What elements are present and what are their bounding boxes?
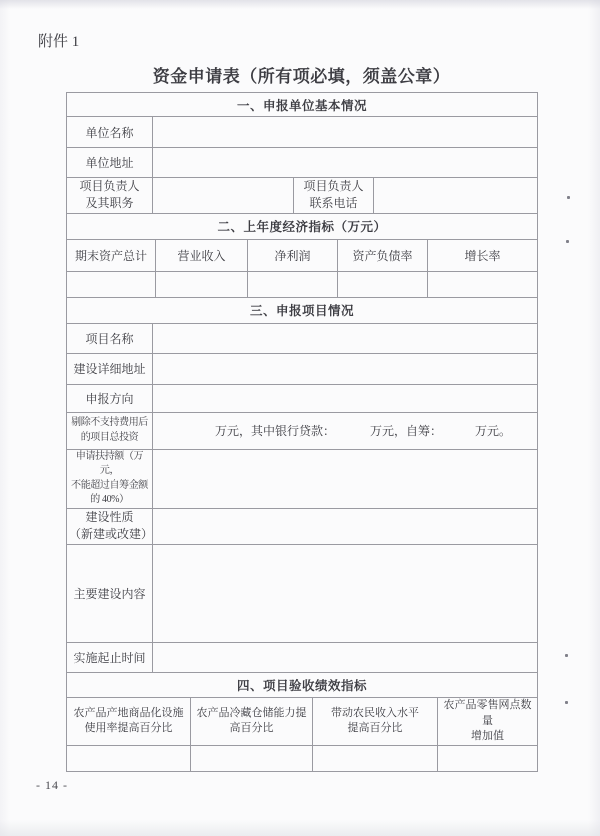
- investment-bank-loan-text: 万元，其中银行贷款：: [215, 422, 335, 439]
- implementation-time-label: 实施起止时间: [67, 642, 153, 672]
- support-amount-label: 申请扶持额（万元， 不能超过自筹金额 的 40%）: [67, 449, 153, 508]
- page-title: 资金申请表（所有项必填，须盖公章）: [66, 62, 537, 87]
- scanned-page: 附件 1 资金申请表（所有项必填，须盖公章） 一、申报单位基本情况 单位名称 单…: [0, 0, 600, 836]
- scan-speck: [566, 240, 569, 243]
- table-row: 剔除不支持费用后 的项目总投资 万元，其中银行贷款： 万元，自筹： 万元。: [67, 412, 538, 449]
- scan-speck: [567, 196, 570, 199]
- leader-label: 项目负责人 及其职务: [67, 178, 153, 214]
- page-number: - 14 -: [36, 778, 68, 793]
- table-row: 申报方向: [67, 384, 538, 412]
- table-row: 单位地址: [67, 148, 538, 178]
- total-assets-field: [67, 271, 156, 297]
- section-basic-info: 一、申报单位基本情况 单位名称 单位地址 项目负责人 及其职务 项目负责人 联系…: [66, 92, 538, 214]
- declaration-direction-field: [153, 384, 538, 412]
- table-row: 单位名称: [67, 117, 538, 148]
- main-content-label: 主要建设内容: [67, 544, 153, 642]
- growth-rate-field: [428, 271, 538, 297]
- project-name-label: 项目名称: [67, 323, 153, 353]
- col-farmer-income: 带动农民收入水平 提高百分比: [313, 697, 438, 746]
- investment-self-raised-text: 万元，自筹：: [370, 422, 442, 439]
- table-row: 农产品产地商品化设施 使用率提高百分比 农产品冷藏仓储能力提 高百分比 带动农民…: [67, 697, 538, 746]
- leader-phone-field: [374, 178, 538, 214]
- leader-phone-label: 项目负责人 联系电话: [294, 178, 374, 214]
- farmer-income-field: [313, 746, 438, 772]
- table-row: [67, 746, 538, 772]
- cold-storage-field: [191, 746, 313, 772]
- table-row: 实施起止时间: [67, 642, 538, 672]
- table-row: 期末资产总计 营业收入 净利润 资产负债率 增长率: [67, 239, 538, 271]
- unit-address-label: 单位地址: [67, 148, 153, 178]
- attachment-label: 附件 1: [38, 30, 79, 51]
- construction-nature-field: [153, 508, 538, 544]
- debt-ratio-field: [338, 271, 428, 297]
- table-row: 申请扶持额（万元， 不能超过自筹金额 的 40%）: [67, 449, 538, 508]
- table-row: 主要建设内容: [67, 544, 538, 642]
- col-total-assets: 期末资产总计: [67, 239, 156, 271]
- col-commercialization-facility: 农产品产地商品化设施 使用率提高百分比: [67, 697, 191, 746]
- section1-header: 一、申报单位基本情况: [67, 93, 538, 117]
- total-investment-label: 剔除不支持费用后 的项目总投资: [67, 412, 153, 449]
- table-row: 项目负责人 及其职务 项目负责人 联系电话: [67, 178, 538, 214]
- retail-outlets-field: [438, 746, 538, 772]
- table-row: [67, 271, 538, 297]
- support-amount-field: [153, 449, 538, 508]
- scan-speck: [565, 701, 568, 704]
- col-net-profit: 净利润: [248, 239, 338, 271]
- main-content-field: [153, 544, 538, 642]
- implementation-time-field: [153, 642, 538, 672]
- construction-nature-label: 建设性质 （新建或改建）: [67, 508, 153, 544]
- section-economic-indicators: 二、上年度经济指标（万元） 期末资产总计 营业收入 净利润 资产负债率 增长率: [66, 213, 538, 298]
- revenue-field: [156, 271, 248, 297]
- declaration-direction-label: 申报方向: [67, 384, 153, 412]
- unit-name-field: [153, 117, 538, 148]
- col-retail-outlets: 农产品零售网点数量 增加值: [438, 697, 538, 746]
- table-row: 项目名称: [67, 323, 538, 353]
- col-revenue: 营业收入: [156, 239, 248, 271]
- net-profit-field: [248, 271, 338, 297]
- col-cold-storage: 农产品冷藏仓储能力提 高百分比: [191, 697, 313, 746]
- section4-header: 四、项目验收绩效指标: [67, 672, 538, 697]
- construction-address-field: [153, 353, 538, 384]
- unit-name-label: 单位名称: [67, 117, 153, 148]
- commercialization-facility-field: [67, 746, 191, 772]
- investment-unit-text: 万元。: [475, 422, 511, 439]
- project-name-field: [153, 323, 538, 353]
- construction-address-label: 建设详细地址: [67, 353, 153, 384]
- leader-field: [153, 178, 294, 214]
- section-project-info: 三、申报项目情况 项目名称 建设详细地址 申报方向 剔除不支持费用后 的项目总投…: [66, 297, 538, 673]
- section3-header: 三、申报项目情况: [67, 297, 538, 323]
- section-performance-indicators: 四、项目验收绩效指标 农产品产地商品化设施 使用率提高百分比 农产品冷藏仓储能力…: [66, 672, 538, 773]
- table-row: 建设性质 （新建或改建）: [67, 508, 538, 544]
- section2-header: 二、上年度经济指标（万元）: [67, 213, 538, 239]
- unit-address-field: [153, 148, 538, 178]
- col-growth-rate: 增长率: [428, 239, 538, 271]
- application-form-table: 一、申报单位基本情况 单位名称 单位地址 项目负责人 及其职务 项目负责人 联系…: [66, 92, 537, 772]
- scan-speck: [565, 654, 568, 657]
- total-investment-field: 万元，其中银行贷款： 万元，自筹： 万元。: [153, 412, 538, 449]
- col-debt-ratio: 资产负债率: [338, 239, 428, 271]
- table-row: 建设详细地址: [67, 353, 538, 384]
